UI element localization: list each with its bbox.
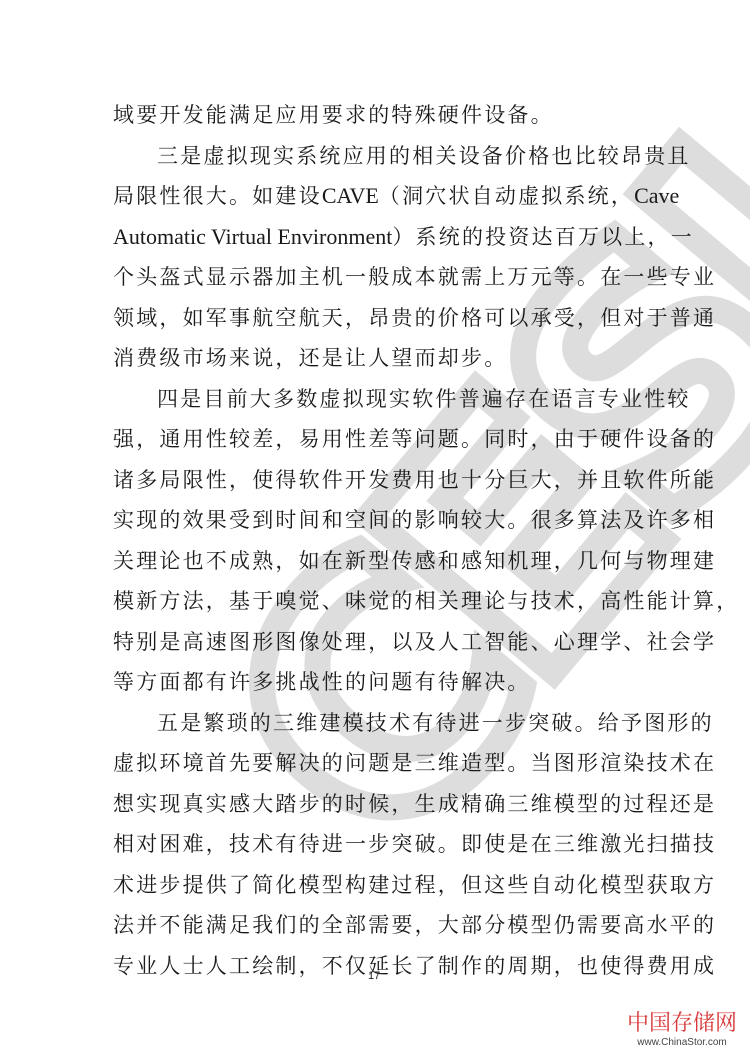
- text-line: 域要开发能满足应用要求的特殊硬件设备。: [113, 95, 641, 136]
- text-line: 相对困难，技术有待进一步突破。即使是在三维激光扫描技: [113, 824, 641, 865]
- text-line: 法并不能满足我们的全部需要，大部分模型仍需要高水平的: [113, 905, 641, 946]
- text-line: 三是虚拟现实系统应用的相关设备价格也比较昂贵且: [113, 136, 641, 177]
- body-text: 域要开发能满足应用要求的特殊硬件设备。 三是虚拟现实系统应用的相关设备价格也比较…: [113, 95, 641, 986]
- text-line: 诸多局限性，使得软件开发费用也十分巨大，并且软件所能: [113, 460, 641, 501]
- text-line: 特别是高速图形图像处理，以及人工智能、心理学、社会学: [113, 622, 641, 663]
- text-line: 虚拟环境首先要解决的问题是三维造型。当图形渲染技术在: [113, 743, 641, 784]
- text-line: 个头盔式显示器加主机一般成本就需上万元等。在一些专业: [113, 257, 641, 298]
- text-line: 想实现真实感大踏步的时候，生成精确三维模型的过程还是: [113, 784, 641, 825]
- site-logo[interactable]: 中国存储网 www.ChinaStor.com: [622, 1012, 742, 1049]
- text-line: Automatic Virtual Environment）系统的投资达百万以上…: [113, 217, 641, 258]
- text-line: 强，通用性较差，易用性差等问题。同时，由于硬件设备的: [113, 419, 641, 460]
- logo-url: www.ChinaStor.com: [622, 1036, 742, 1049]
- text-line: 局限性很大。如建设CAVE（洞穴状自动虚拟系统，Cave: [113, 176, 641, 217]
- text-line: 术进步提供了简化模型构建过程，但这些自动化模型获取方: [113, 865, 641, 906]
- logo-name: 中国存储网: [622, 1012, 742, 1036]
- text-line: 五是繁琐的三维建模技术有待进一步突破。给予图形的: [113, 703, 641, 744]
- text-line: 领域，如军事航空航天，昂贵的价格可以承受，但对于普通: [113, 298, 641, 339]
- text-line: 实现的效果受到时间和空间的影响较大。很多算法及许多相: [113, 500, 641, 541]
- text-line: 模新方法，基于嗅觉、味觉的相关理论与技术，高性能计算，: [113, 581, 641, 622]
- document-page: CESI 域要开发能满足应用要求的特殊硬件设备。 三是虚拟现实系统应用的相关设备…: [0, 0, 750, 1060]
- text-line: 消费级市场来说，还是让人望而却步。: [113, 338, 641, 379]
- text-line: 四是目前大多数虚拟现实软件普遍存在语言专业性较: [113, 379, 641, 420]
- text-line: 关理论也不成熟，如在新型传感和感知机理，几何与物理建: [113, 541, 641, 582]
- page-number: 17: [368, 970, 380, 982]
- text-line: 等方面都有许多挑战性的问题有待解决。: [113, 662, 641, 703]
